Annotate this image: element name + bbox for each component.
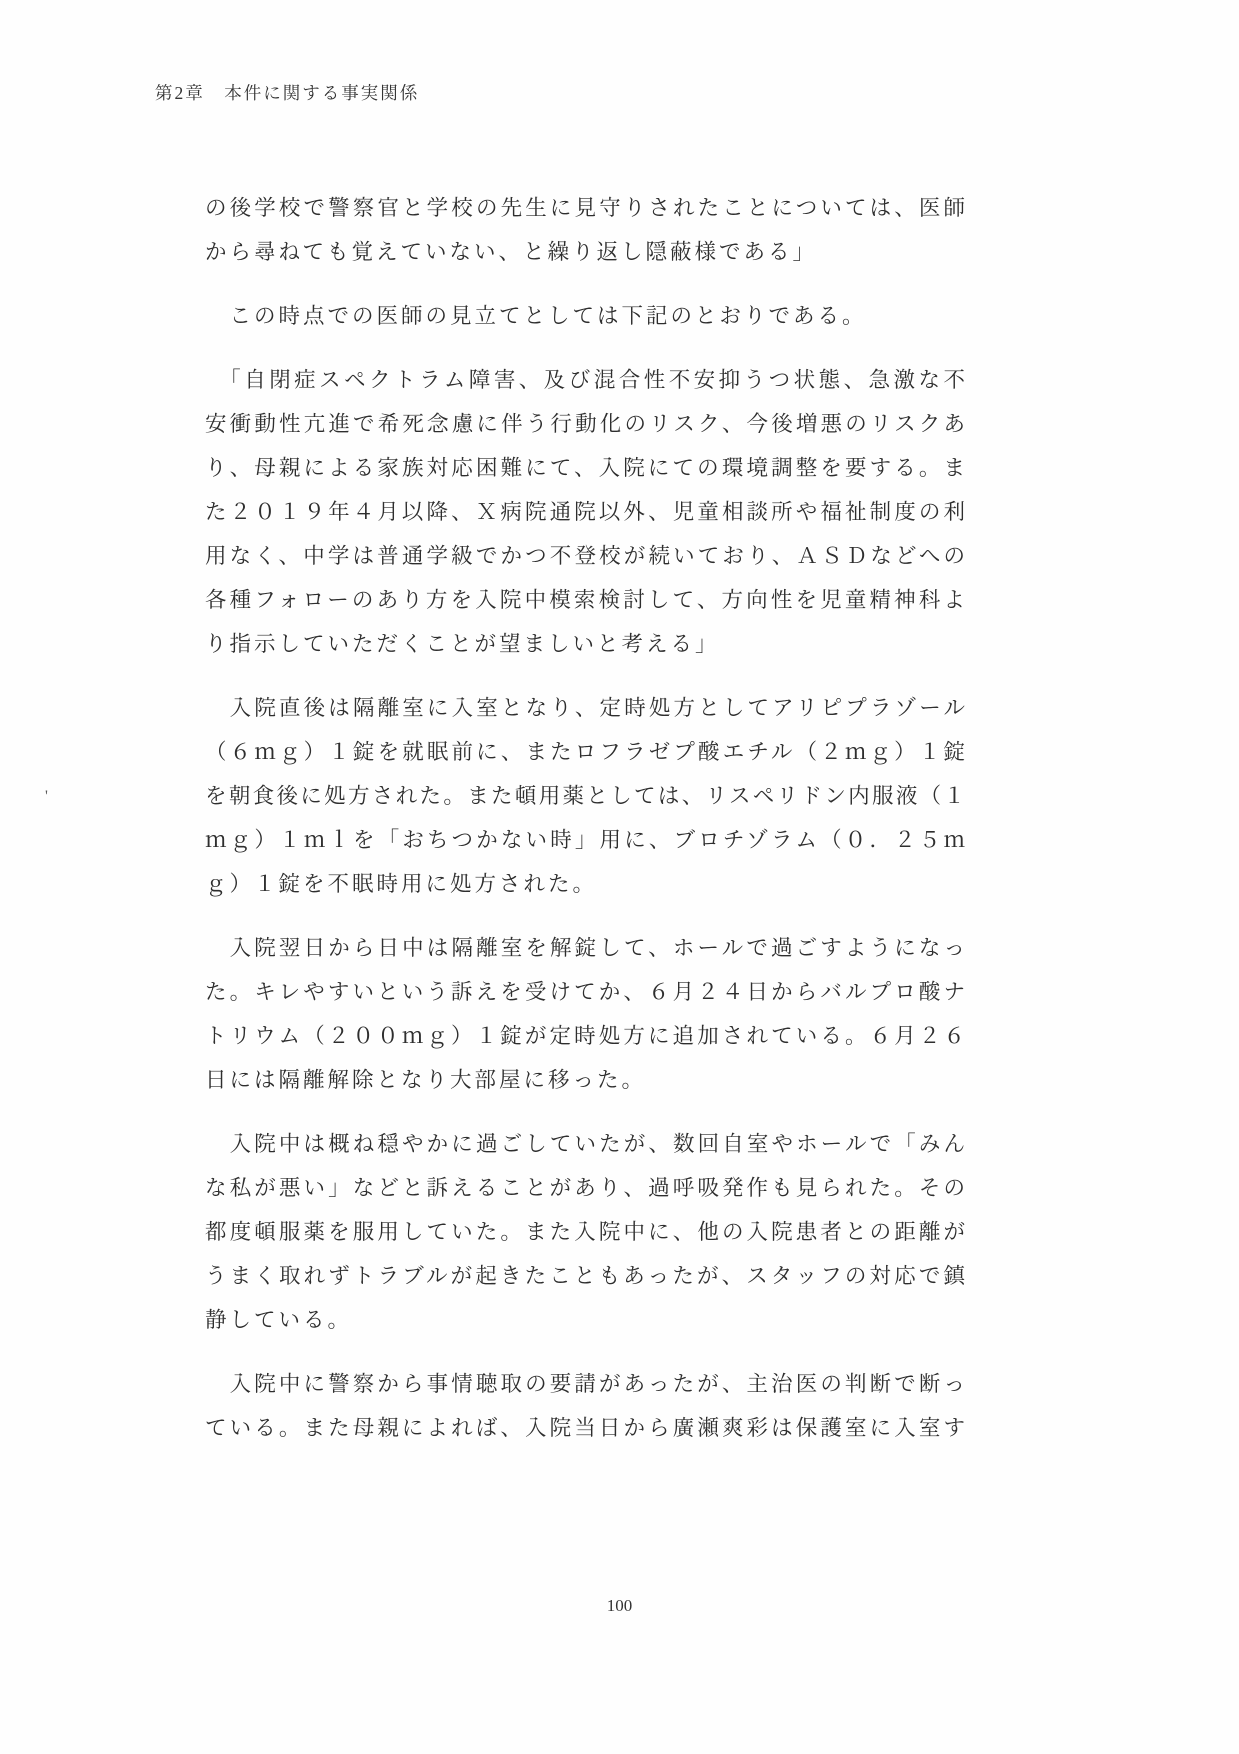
text-line: 各種フォローのあり方を入院中模索検討して、方向性を児童精神科よ: [205, 578, 965, 622]
scan-artifact-mark: ': [45, 788, 48, 806]
text-line: な私が悪い」などと訴えることがあり、過呼吸発作も見られた。その: [205, 1166, 965, 1210]
text-line: た。キレやすいという訴えを受けてか、６月２４日からバルプロ酸ナ: [205, 970, 965, 1014]
text-line: 静している。: [205, 1298, 965, 1342]
text-line: ｍｇ）１ｍｌを「おちつかない時」用に、ブロチゾラム（０．２５ｍ: [205, 818, 965, 862]
text-line: 用なく、中学は普通学級でかつ不登校が続いており、ＡＳＤなどへの: [205, 534, 965, 578]
paragraph: この時点での医師の見立てとしては下記のとおりである。: [205, 294, 965, 338]
page-number: 100: [0, 1596, 1239, 1616]
paragraph: の後学校で警察官と学校の先生に見守りされたことについては、医師から尋ねても覚えて…: [205, 186, 965, 274]
text-line: 入院翌日から日中は隔離室を解錠して、ホールで過ごすようになっ: [205, 926, 965, 970]
text-line: 「自閉症スペクトラム障害、及び混合性不安抑うつ状態、急激な不: [205, 358, 965, 402]
text-line: この時点での医師の見立てとしては下記のとおりである。: [205, 294, 965, 338]
text-line: ている。また母親によれば、入院当日から廣瀬爽彩は保護室に入室す: [205, 1406, 965, 1450]
chapter-header: 第2章 本件に関する事実関係: [155, 80, 419, 105]
text-line: 日には隔離解除となり大部屋に移った。: [205, 1058, 965, 1102]
paragraph: 入院翌日から日中は隔離室を解錠して、ホールで過ごすようになった。キレやすいという…: [205, 926, 965, 1102]
text-line: から尋ねても覚えていない、と繰り返し隠蔽様である」: [205, 230, 965, 274]
text-line: り、母親による家族対応困難にて、入院にての環境調整を要する。ま: [205, 446, 965, 490]
paragraph: 入院直後は隔離室に入室となり、定時処方としてアリピプラゾール（６ｍｇ）１錠を就眠…: [205, 686, 965, 906]
text-line: トリウム（２００ｍｇ）１錠が定時処方に追加されている。６月２６: [205, 1014, 965, 1058]
text-line: （６ｍｇ）１錠を就眠前に、またロフラゼプ酸エチル（２ｍｇ）１錠: [205, 730, 965, 774]
text-line: 入院直後は隔離室に入室となり、定時処方としてアリピプラゾール: [205, 686, 965, 730]
document-body: の後学校で警察官と学校の先生に見守りされたことについては、医師から尋ねても覚えて…: [205, 186, 965, 1470]
paragraph: 「自閉症スペクトラム障害、及び混合性不安抑うつ状態、急激な不安衝動性亢進で希死念…: [205, 358, 965, 666]
paragraph: 入院中は概ね穏やかに過ごしていたが、数回自室やホールで「みんな私が悪い」などと訴…: [205, 1122, 965, 1342]
text-line: 都度頓服薬を服用していた。また入院中に、他の入院患者との距離が: [205, 1210, 965, 1254]
text-line: 入院中は概ね穏やかに過ごしていたが、数回自室やホールで「みん: [205, 1122, 965, 1166]
text-line: の後学校で警察官と学校の先生に見守りされたことについては、医師: [205, 186, 965, 230]
text-line: り指示していただくことが望ましいと考える」: [205, 622, 965, 666]
text-line: た２０１９年４月以降、Ｘ病院通院以外、児童相談所や福祉制度の利: [205, 490, 965, 534]
text-line: 安衝動性亢進で希死念慮に伴う行動化のリスク、今後増悪のリスクあ: [205, 402, 965, 446]
text-line: うまく取れずトラブルが起きたこともあったが、スタッフの対応で鎮: [205, 1254, 965, 1298]
document-page: 第2章 本件に関する事実関係 ' の後学校で警察官と学校の先生に見守りされたこと…: [0, 0, 1239, 1754]
paragraph: 入院中に警察から事情聴取の要請があったが、主治医の判断で断っている。また母親によ…: [205, 1362, 965, 1450]
text-line: 入院中に警察から事情聴取の要請があったが、主治医の判断で断っ: [205, 1362, 965, 1406]
text-line: ｇ）１錠を不眠時用に処方された。: [205, 862, 965, 906]
text-line: を朝食後に処方された。また頓用薬としては、リスペリドン内服液（１: [205, 774, 965, 818]
